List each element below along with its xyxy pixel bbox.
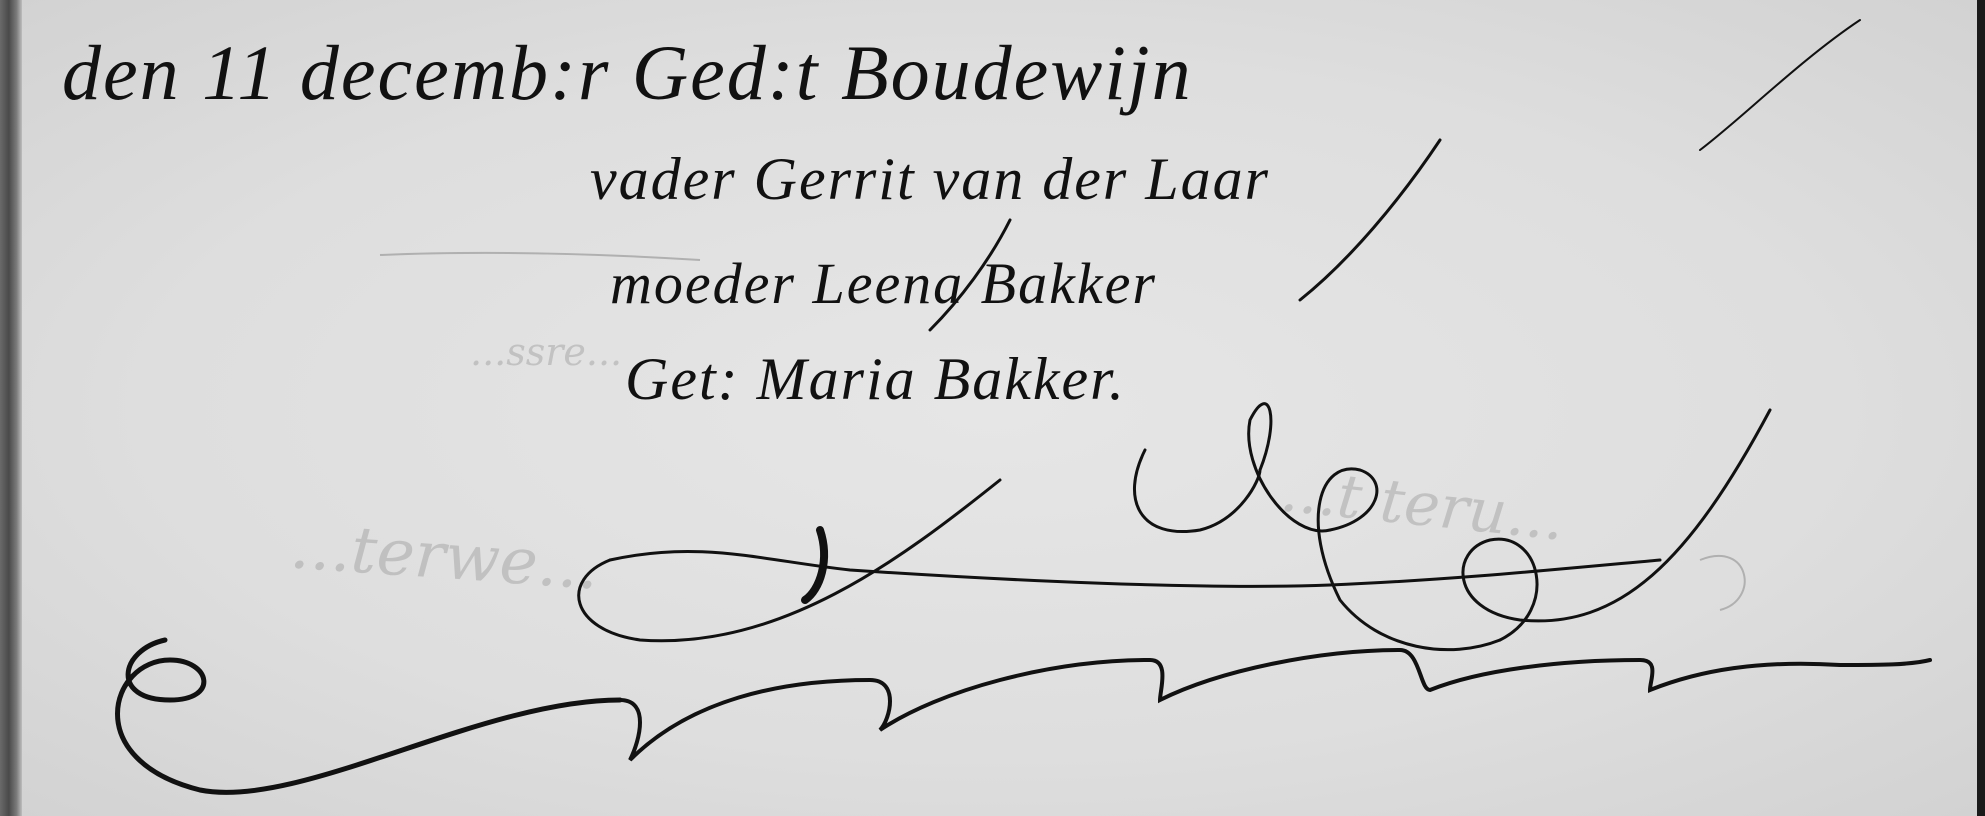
calligraphic-flourish: [0, 0, 1985, 816]
register-page: ...terwe... ...t teru... ...ssre... den …: [0, 0, 1985, 816]
